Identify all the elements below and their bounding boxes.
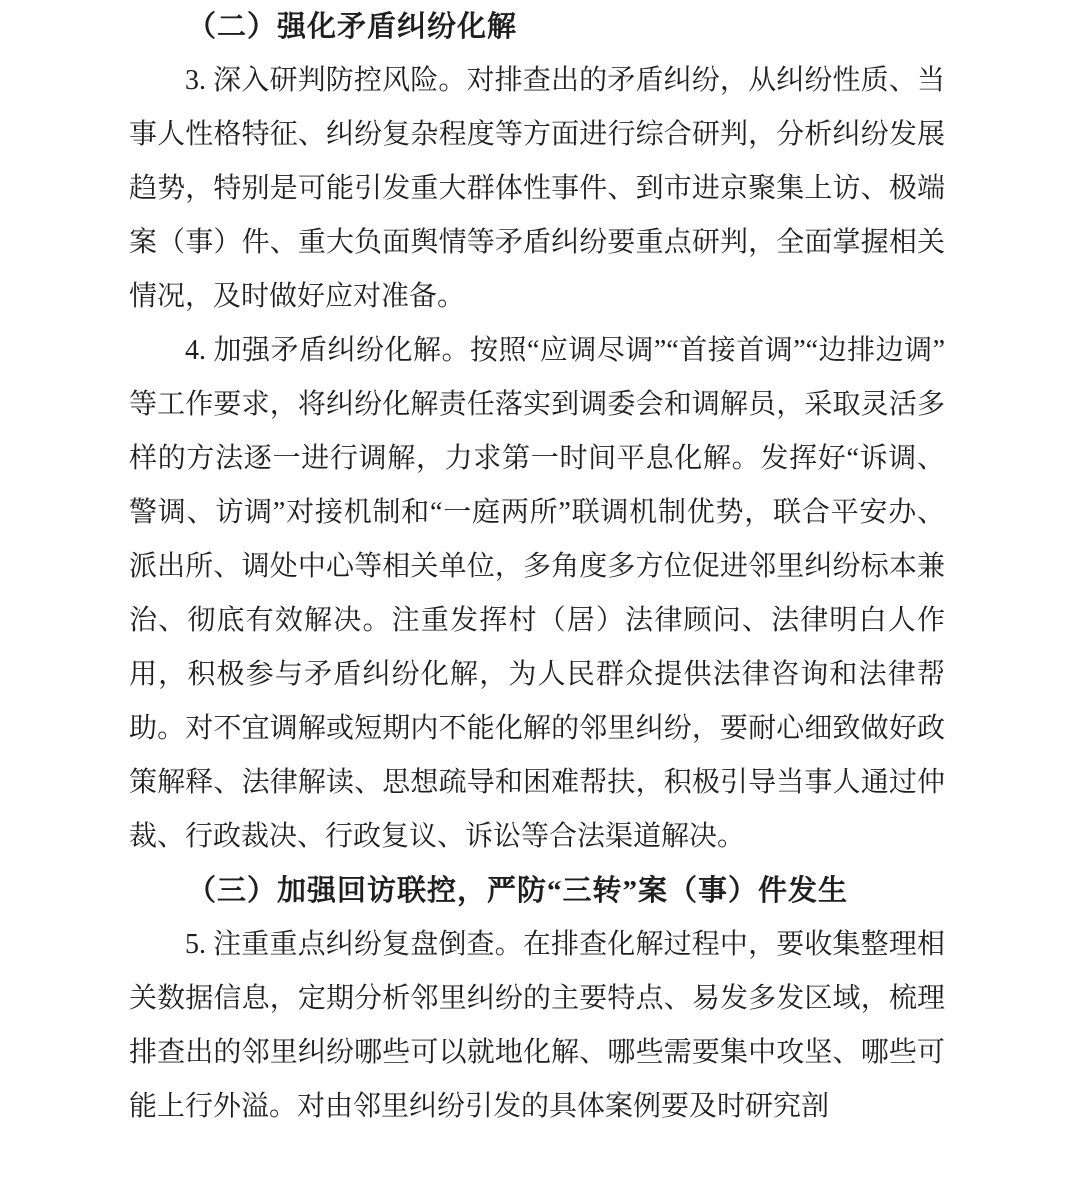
document-page: （二）强化矛盾纠纷化解 3. 深入研判防控风险。对排查出的矛盾纠纷，从纠纷性质、…	[0, 0, 1074, 1189]
section-heading-2: （二）强化矛盾纠纷化解	[129, 0, 945, 54]
document-body: （二）强化矛盾纠纷化解 3. 深入研判防控风险。对排查出的矛盾纠纷，从纠纷性质、…	[0, 0, 1074, 1189]
paragraph-item-4: 4. 加强矛盾纠纷化解。按照“应调尽调”“首接首调”“边排边调”等工作要求，将纠…	[129, 324, 945, 864]
paragraph-item-5: 5. 注重重点纠纷复盘倒查。在排查化解过程中，要收集整理相关数据信息，定期分析邻…	[129, 918, 945, 1134]
section-heading-3: （三）加强回访联控，严防“三转”案（事）件发生	[129, 864, 945, 918]
paragraph-item-3: 3. 深入研判防控风险。对排查出的矛盾纠纷，从纠纷性质、当事人性格特征、纠纷复杂…	[129, 54, 945, 324]
